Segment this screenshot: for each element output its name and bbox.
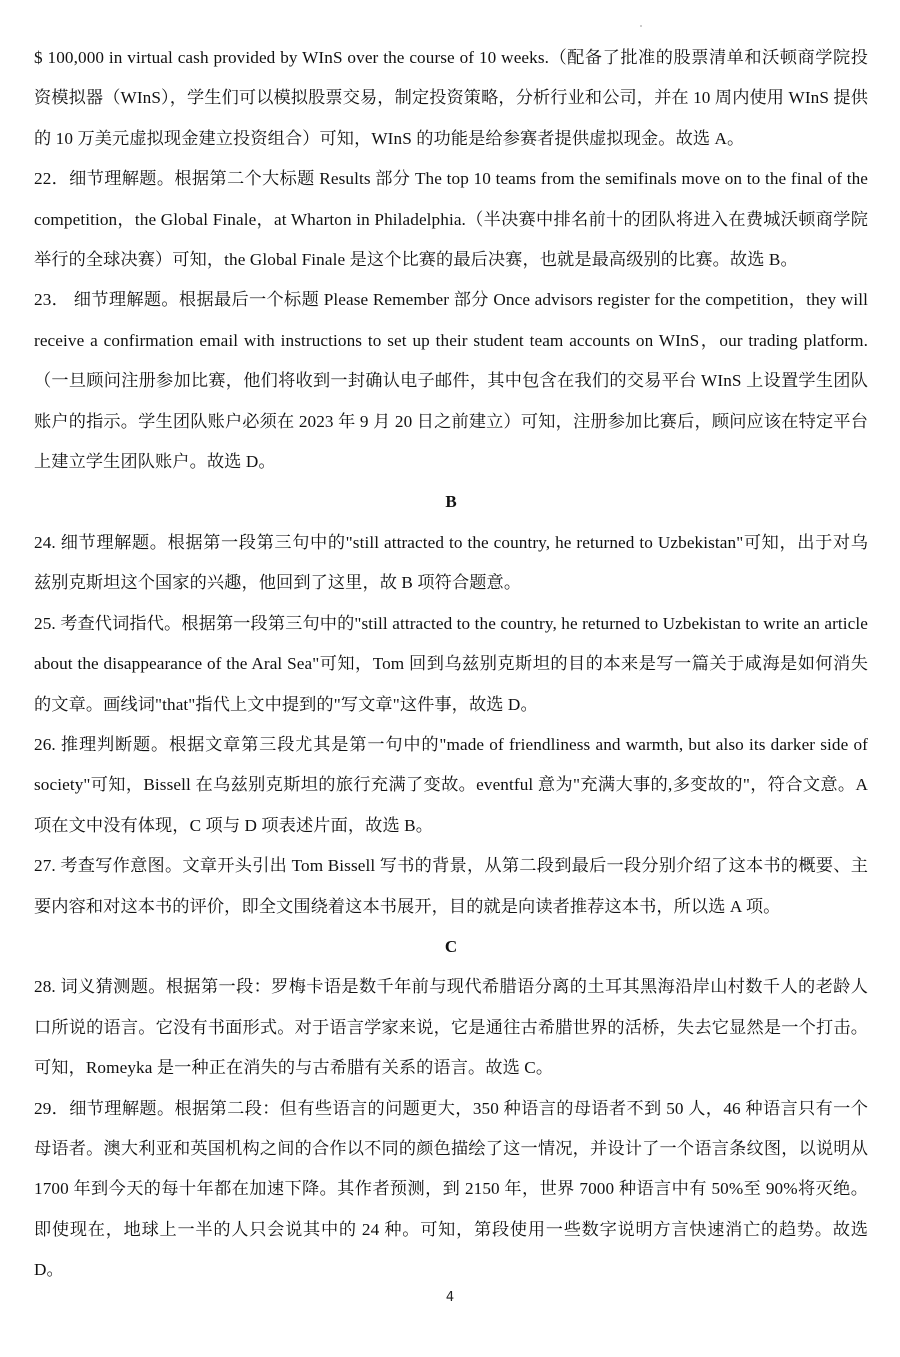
- page-number: 4: [0, 1290, 900, 1305]
- answer-24: 24. 细节理解题。根据第一段第三句中的"still attracted to …: [34, 523, 868, 604]
- answer-26: 26. 推理判断题。根据文章第三段尤其是第一句中的"made of friend…: [34, 725, 868, 846]
- answer-23: 23． 细节理解题。根据最后一个标题 Please Remember 部分 On…: [34, 280, 868, 482]
- answer-25: 25. 考查代词指代。根据第一段第三句中的"still attracted to…: [34, 604, 868, 725]
- answer-27: 27. 考查写作意图。文章开头引出 Tom Bissell 写书的背景，从第二段…: [34, 846, 868, 927]
- answer-29: 29．细节理解题。根据第二段：但有些语言的问题更大，350 种语言的母语者不到 …: [34, 1089, 868, 1291]
- answer-22: 22．细节理解题。根据第二个大标题 Results 部分 The top 10 …: [34, 159, 868, 280]
- answer-explanations-page: $ 100,000 in virtual cash provided by WI…: [34, 38, 868, 1291]
- scan-speck: [640, 25, 642, 27]
- answer-28: 28. 词义猜测题。根据第一段：罗梅卡语是数千年前与现代希腊语分离的土耳其黑海沿…: [34, 967, 868, 1088]
- section-heading-b: B: [34, 482, 868, 522]
- answer-21-continuation: $ 100,000 in virtual cash provided by WI…: [34, 38, 868, 159]
- section-heading-c: C: [34, 927, 868, 967]
